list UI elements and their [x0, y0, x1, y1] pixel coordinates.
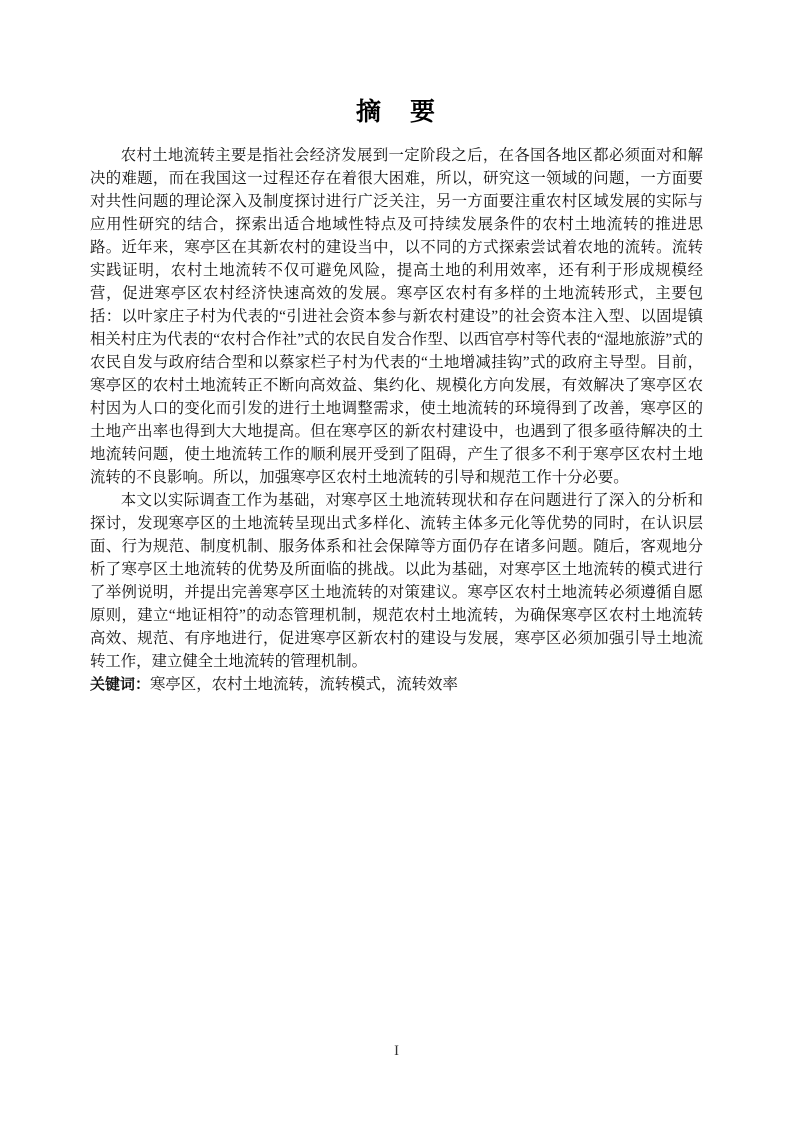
abstract-paragraph-2: 本文以实际调查工作为基础，对寒亭区土地流转现状和存在问题进行了深入的分析和探讨，…: [90, 489, 703, 673]
abstract-content: 摘 要 农村土地流转主要是指社会经济发展到一定阶段之后，在各国各地区都必须面对和…: [90, 96, 703, 696]
abstract-title: 摘 要: [90, 96, 703, 130]
page-number: I: [0, 1042, 793, 1060]
abstract-paragraph-1: 农村土地流转主要是指社会经济发展到一定阶段之后，在各国各地区都必须面对和解决的难…: [90, 144, 703, 489]
document-page: 摘 要 农村土地流转主要是指社会经济发展到一定阶段之后，在各国各地区都必须面对和…: [0, 0, 793, 1122]
keywords-label: 关键词：: [90, 676, 150, 693]
keywords-line: 关键词：寒亭区，农村土地流转，流转模式，流转效率: [90, 673, 703, 696]
keywords-text: 寒亭区，农村土地流转，流转模式，流转效率: [150, 676, 458, 693]
